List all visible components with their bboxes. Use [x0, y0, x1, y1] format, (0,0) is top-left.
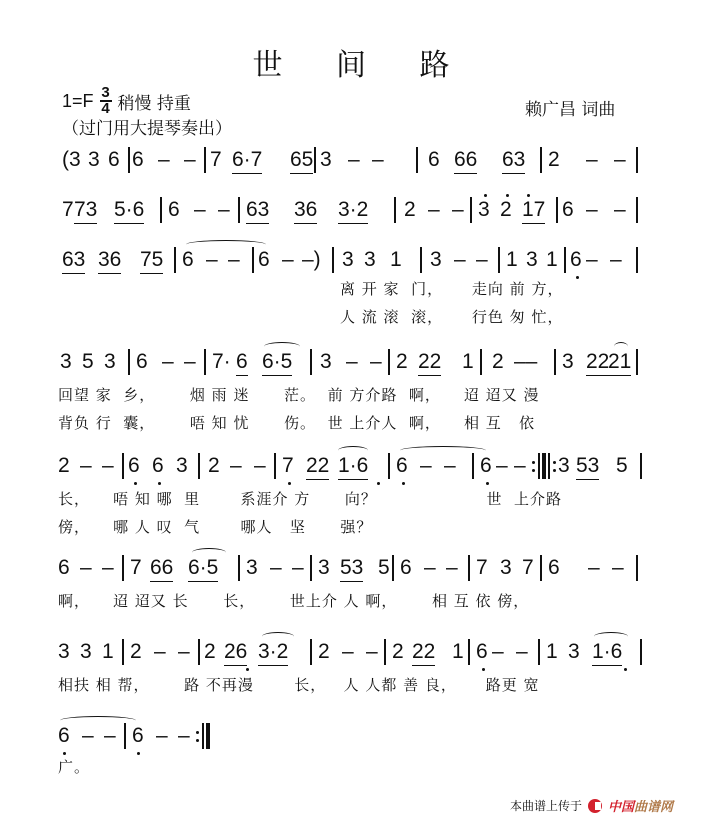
- note: –: [514, 454, 526, 478]
- upload-text: 本曲谱上传于: [510, 797, 582, 814]
- note: 75: [140, 248, 163, 274]
- note: 3·2: [258, 640, 288, 666]
- repeat-dot: [196, 731, 199, 734]
- note: 63: [62, 248, 85, 274]
- octave-dot-below: [246, 668, 249, 671]
- note: 6: [400, 556, 412, 580]
- slur-tie: [192, 548, 226, 557]
- note: 3: [176, 454, 188, 478]
- bar-line: [394, 197, 396, 223]
- bar-line: [388, 349, 390, 375]
- bar-line: [122, 639, 124, 665]
- note: 66: [454, 148, 477, 174]
- note: 2: [500, 198, 512, 222]
- bar-line: [640, 639, 642, 665]
- note: 6: [562, 198, 574, 222]
- note: 22: [412, 640, 435, 666]
- note: 3: [342, 248, 354, 272]
- note: 6: [236, 350, 248, 376]
- note: –: [292, 556, 304, 580]
- note: –: [102, 556, 114, 580]
- tempo-marking: 稍慢 持重: [118, 89, 191, 114]
- bar-thick: [206, 723, 210, 749]
- note: –: [452, 198, 464, 222]
- note: 6: [132, 724, 144, 748]
- bar-line: [636, 197, 638, 223]
- note: –: [230, 454, 242, 478]
- bar-line: [198, 453, 200, 479]
- bar-line: [122, 453, 124, 479]
- bar-line: [498, 247, 500, 273]
- note: –: [370, 350, 382, 374]
- note: 53: [576, 454, 599, 480]
- slur-tie: [594, 632, 628, 641]
- bar-line: [636, 555, 638, 581]
- bar-line: [174, 247, 176, 273]
- note: 1: [546, 248, 558, 272]
- note: –: [80, 454, 92, 478]
- bar-line: [204, 349, 206, 375]
- octave-dot-below: [158, 482, 161, 485]
- bar-line: [128, 349, 130, 375]
- note: 26: [224, 640, 247, 666]
- note: –: [104, 724, 116, 748]
- bar-line: [636, 147, 638, 173]
- lyric-line: 啊， 迢 迢又 长 长， 世上介 人 啊， 相 互 依 傍，: [58, 590, 529, 611]
- note: 5: [82, 350, 94, 374]
- note: 1·6: [338, 454, 368, 480]
- bar-thin: [202, 723, 204, 749]
- bar-line: [564, 247, 566, 273]
- note: 3: [478, 198, 490, 222]
- octave-dot-below: [137, 752, 140, 755]
- note: –: [184, 350, 196, 374]
- octave-dot-below: [63, 752, 66, 755]
- note: 2: [548, 148, 560, 172]
- lyric-line: 傍， 哪 人 叹 气 哪人 坚 强？: [58, 516, 372, 537]
- note: 3: [364, 248, 376, 272]
- note: 36: [98, 248, 121, 274]
- lyric-line: 广。: [58, 756, 90, 777]
- note: –): [302, 248, 321, 272]
- note: 1: [452, 640, 464, 664]
- note: 3: [88, 148, 100, 172]
- note: 1: [506, 248, 518, 272]
- note: 66: [150, 556, 173, 582]
- note: 6: [108, 148, 120, 172]
- note: 1: [546, 640, 558, 664]
- site-name-b[interactable]: 曲谱网: [634, 796, 673, 815]
- note: 63: [246, 198, 269, 224]
- bar-line: [556, 197, 558, 223]
- song-title: 世 间 路: [0, 40, 702, 84]
- lyric-line: 背负 行 囊， 唔 知 忧 伤。 世 上介人 啊， 相 互 依: [58, 412, 535, 433]
- note: –: [366, 640, 378, 664]
- site-name-a[interactable]: 中国: [608, 796, 634, 815]
- note: 6: [396, 454, 408, 478]
- note: 6: [480, 454, 492, 478]
- note: –: [588, 556, 600, 580]
- note: 6: [58, 556, 70, 580]
- note: –: [82, 724, 94, 748]
- note: 7: [282, 454, 294, 478]
- note: 6: [476, 640, 488, 664]
- note: 1: [462, 350, 474, 374]
- time-signature-top: 3: [101, 86, 109, 100]
- note: 6: [428, 148, 440, 172]
- note: –: [454, 248, 466, 272]
- note: 5: [378, 556, 390, 580]
- slur-tie: [60, 716, 136, 725]
- note: 3: [104, 350, 116, 374]
- octave-dot-above: [484, 194, 487, 197]
- note: 2: [318, 640, 330, 664]
- note: –: [428, 198, 440, 222]
- note: 3: [318, 556, 330, 580]
- note: 6: [128, 454, 140, 478]
- note: 3: [60, 350, 72, 374]
- footer-watermark: 本曲谱上传于 中国曲谱网: [510, 796, 673, 815]
- note: –: [586, 248, 598, 272]
- note: 6: [258, 248, 270, 272]
- key-signature: 1=F: [62, 91, 94, 112]
- note: 2: [404, 198, 416, 222]
- note: 3: [320, 350, 332, 374]
- repeat-dot: [196, 739, 199, 742]
- note: 2: [204, 640, 216, 664]
- note: –: [446, 556, 458, 580]
- note: 63: [502, 148, 525, 174]
- note: 7: [62, 198, 74, 222]
- note: 53: [340, 556, 363, 582]
- note: 3·2: [338, 198, 368, 224]
- note: –: [162, 350, 174, 374]
- note: –: [496, 454, 508, 478]
- lyric-line: 相扶 相 帮， 路 不再漫 长， 人 人都 善 良， 路更 宽: [58, 674, 540, 695]
- bar-line: [538, 639, 540, 665]
- note: –: [228, 248, 240, 272]
- note: –: [194, 198, 206, 222]
- note: 7: [210, 148, 222, 172]
- octave-dot-below: [482, 668, 485, 671]
- note: –: [80, 556, 92, 580]
- note: 22: [306, 454, 329, 480]
- note: –: [586, 148, 598, 172]
- note: 1: [102, 640, 114, 664]
- octave-dot-above: [506, 194, 509, 197]
- octave-dot-below: [486, 482, 489, 485]
- octave-dot-below: [402, 482, 405, 485]
- note: –: [614, 148, 626, 172]
- slur-tie: [614, 342, 628, 351]
- repeat-dot: [553, 469, 556, 472]
- bar-line: [468, 555, 470, 581]
- bar-line: [554, 349, 556, 375]
- note: 6: [58, 724, 70, 748]
- note: ––: [514, 350, 537, 374]
- note: –: [270, 556, 282, 580]
- bar-line: [252, 247, 254, 273]
- bar-line: [480, 349, 482, 375]
- note: 3: [558, 454, 570, 478]
- octave-dot-below: [624, 668, 627, 671]
- bar-line: [392, 555, 394, 581]
- note: 2: [396, 350, 408, 374]
- author-credit: 赖广昌 词曲: [525, 95, 615, 120]
- repeat-dot: [532, 469, 535, 472]
- note: 73: [74, 198, 97, 224]
- note: 3: [320, 148, 332, 172]
- note: 2: [492, 350, 504, 374]
- note: 6: [570, 248, 582, 272]
- note: –: [206, 248, 218, 272]
- bar-thin: [538, 453, 540, 479]
- octave-dot-below: [576, 276, 579, 279]
- note: –: [178, 640, 190, 664]
- note: –: [218, 198, 230, 222]
- instrument-note: （过门用大提琴奏出）: [62, 114, 232, 139]
- bar-line: [122, 555, 124, 581]
- lyric-line: 离 开 家 门， 走向 前 方，: [340, 278, 563, 299]
- note: 3: [58, 640, 70, 664]
- time-signature: 3 4: [100, 86, 112, 116]
- note: –: [102, 454, 114, 478]
- note: 6: [168, 198, 180, 222]
- bar-thick: [542, 453, 546, 479]
- note: 2: [130, 640, 142, 664]
- note: 7: [522, 556, 534, 580]
- note: 21: [608, 350, 631, 376]
- note: 3: [500, 556, 512, 580]
- note: 22: [586, 350, 609, 376]
- note: –: [492, 640, 504, 664]
- note: 5: [616, 454, 628, 478]
- note: 3: [568, 640, 580, 664]
- note: –: [346, 350, 358, 374]
- note: 6·5: [262, 350, 292, 376]
- bar-line: [310, 349, 312, 375]
- key-signature-line: 1=F 3 4 稍慢 持重: [62, 86, 191, 116]
- note: (3: [62, 148, 81, 172]
- note: –: [612, 556, 624, 580]
- slur-tie: [264, 342, 300, 351]
- bar-line: [470, 197, 472, 223]
- bar-line: [332, 247, 334, 273]
- repeat-dot: [553, 461, 556, 464]
- bar-line: [310, 639, 312, 665]
- note: 6: [132, 148, 144, 172]
- note: –: [184, 148, 196, 172]
- octave-dot-below: [377, 482, 380, 485]
- note: –: [586, 198, 598, 222]
- note: 7·: [212, 350, 231, 374]
- note: –: [282, 248, 294, 272]
- bar-line: [160, 197, 162, 223]
- bar-line: [388, 453, 390, 479]
- note: –: [476, 248, 488, 272]
- bar-line: [198, 639, 200, 665]
- bar-line: [124, 723, 126, 749]
- note: –: [420, 454, 432, 478]
- bar-line: [540, 147, 542, 173]
- bar-line: [540, 555, 542, 581]
- bar-line: [310, 555, 312, 581]
- note: 5·6: [114, 198, 144, 224]
- note: 6: [136, 350, 148, 374]
- bar-line: [128, 147, 130, 173]
- note: 6: [182, 248, 194, 272]
- note: –: [372, 148, 384, 172]
- note: 6: [152, 454, 164, 478]
- bar-line: [384, 639, 386, 665]
- note: 7: [130, 556, 142, 580]
- note: 7: [476, 556, 488, 580]
- bar-line: [238, 197, 240, 223]
- note: –: [516, 640, 528, 664]
- note: –: [154, 640, 166, 664]
- note: 3: [526, 248, 538, 272]
- note: 36: [294, 198, 317, 224]
- note: 2: [58, 454, 70, 478]
- repeat-dot: [532, 461, 535, 464]
- note: –: [424, 556, 436, 580]
- note: 6·7: [232, 148, 262, 174]
- note: 3: [562, 350, 574, 374]
- note: 1·6: [592, 640, 622, 666]
- note: –: [610, 248, 622, 272]
- note: –: [348, 148, 360, 172]
- note: –: [342, 640, 354, 664]
- note: 2: [392, 640, 404, 664]
- note: –: [158, 148, 170, 172]
- octave-dot-above: [527, 194, 530, 197]
- note: 22: [418, 350, 441, 376]
- note: –: [254, 454, 266, 478]
- bar-line: [238, 555, 240, 581]
- lyric-line: 长， 唔 知 哪 里 系涯介 方 向？ 世 上介路: [58, 488, 562, 509]
- slur-tie: [262, 632, 294, 641]
- bar-line: [416, 147, 418, 173]
- bar-line: [274, 453, 276, 479]
- note: 3: [80, 640, 92, 664]
- note: 65: [290, 148, 313, 174]
- note: –: [178, 724, 190, 748]
- note: 3: [246, 556, 258, 580]
- bar-line: [636, 349, 638, 375]
- lyric-line: 人 流 滚 滚， 行色 匆 忙，: [340, 306, 563, 327]
- bar-line: [314, 147, 316, 173]
- site-logo-icon: [588, 799, 602, 813]
- bar-line: [640, 453, 642, 479]
- slur-tie: [338, 446, 368, 455]
- bar-line: [420, 247, 422, 273]
- note: 1: [390, 248, 402, 272]
- slur-tie: [400, 446, 486, 455]
- note: 6: [548, 556, 560, 580]
- note: 6·5: [188, 556, 218, 582]
- bar-line: [472, 453, 474, 479]
- bar-line: [204, 147, 206, 173]
- bar-line: [636, 247, 638, 273]
- slur-tie: [186, 240, 266, 249]
- note: 17: [522, 198, 545, 224]
- note: 3: [430, 248, 442, 272]
- octave-dot-below: [134, 482, 137, 485]
- bar-thin: [548, 453, 550, 479]
- bar-line: [468, 639, 470, 665]
- note: –: [444, 454, 456, 478]
- lyric-line: 回望 家 乡， 烟 雨 迷 茫。 前 方介路 啊， 迢 迢又 漫: [58, 384, 540, 405]
- note: –: [614, 198, 626, 222]
- octave-dot-below: [288, 482, 291, 485]
- note: 2: [208, 454, 220, 478]
- note: –: [156, 724, 168, 748]
